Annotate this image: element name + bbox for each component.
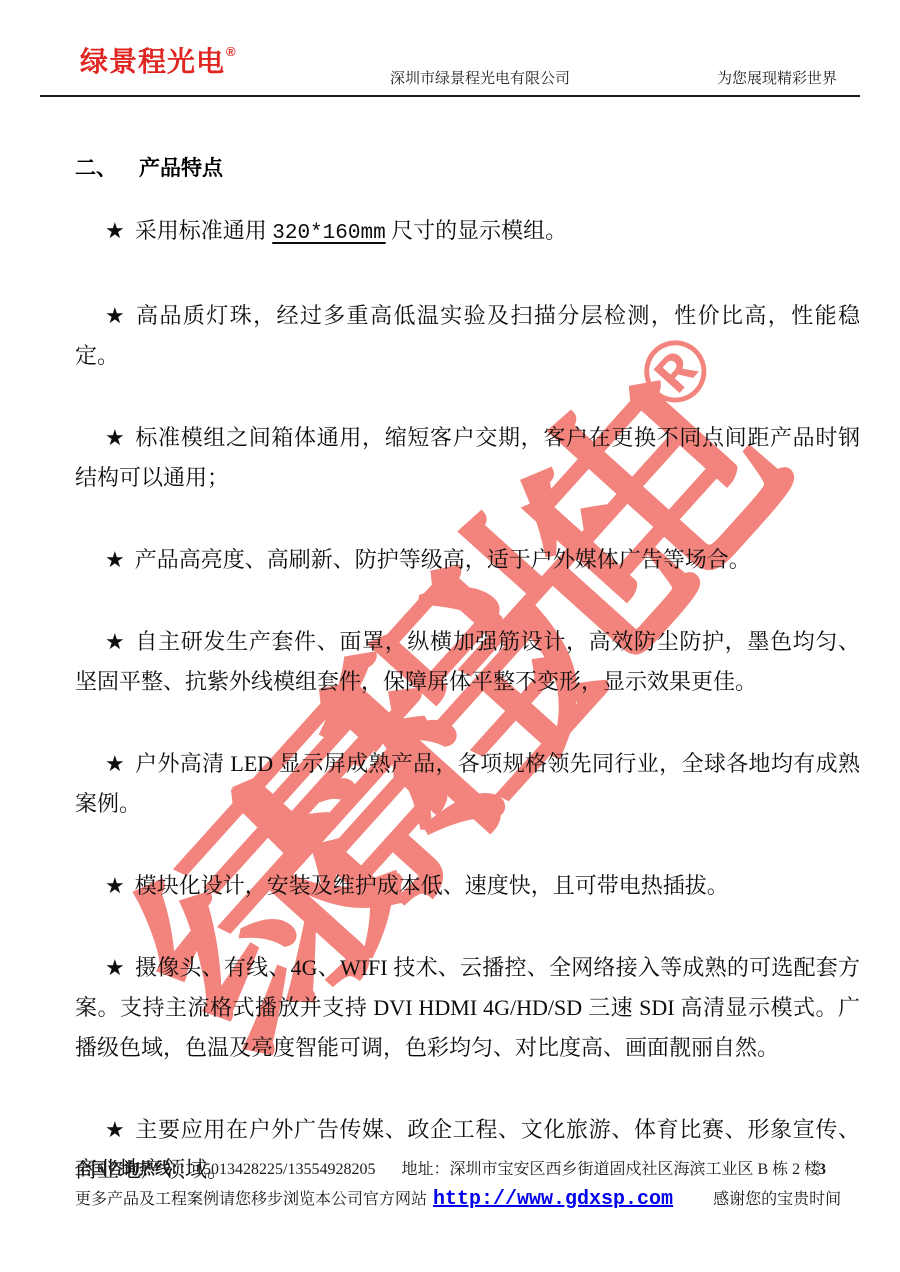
address-value: 深圳市宝安区西乡街道固戍社区海滨工业区 B 栋 2 楼 [449,1161,820,1178]
star-icon: ★ [105,873,125,898]
star-icon: ★ [105,425,125,450]
feature-text: 产品高亮度、高刷新、防护等级高，适于户外媒体广告等场合。 [135,547,751,572]
footer-line-website: 更多产品及工程案例请您移步浏览本公司官方网站http://www.gdxsp.c… [75,1185,860,1215]
section-number: 二、 [75,156,117,180]
feature-text: 摄像头、有线、4G、WIFI 技术、云播控、全网络接入等成熟的可选配套方案。支持… [75,955,860,1060]
feature-item-mature-product: ★户外高清 LED 显示屏成熟产品，各项规格领先同行业，全球各地均有成熟案例。 [75,744,860,824]
hotline-numbers: ：15013428225/13554928205 [179,1161,375,1178]
feature-text: 户外高清 LED 显示屏成熟产品，各项规格领先同行业，全球各地均有成熟案例。 [75,751,860,816]
thanks-text: 感谢您的宝贵时间 [713,1191,841,1208]
footer-line-contact: 全国咨询热线：：15013428225/13554928205地址：深圳市宝安区… [75,1156,860,1184]
content-area: 二、产品特点 ★采用标准通用 320*160mm 尺寸的显示模组。 ★高品质灯珠… [75,97,860,1190]
header-slogan: 为您展现精彩世界 [717,70,837,88]
star-icon: ★ [105,751,125,776]
feature-item-connectivity: ★摄像头、有线、4G、WIFI 技术、云播控、全网络接入等成熟的可选配套方案。支… [75,948,860,1068]
hotline-label: 全国咨询热线： [75,1161,179,1178]
feature-item-module-size: ★采用标准通用 320*160mm 尺寸的显示模组。 [75,211,860,254]
feature-item-self-developed-kit: ★自主研发生产套件、面罩，纵横加强筋设计，高效防尘防护，墨色均匀、坚固平整、抗紫… [75,622,860,702]
document-page: 绿景程光电® 绿景程光电® 深圳市绿景程光电有限公司 为您展现精彩世界 二、产品… [0,0,900,1272]
section-title-text: 产品特点 [139,156,223,180]
star-icon: ★ [105,1117,125,1142]
page-footer: 全国咨询热线：：15013428225/13554928205地址：深圳市宝安区… [75,1156,860,1215]
feature-text: 标准模组之间箱体通用，缩短客户交期，客户在更换不同点间距产品时钢结构可以通用； [75,425,860,490]
feature-text: 尺寸的显示模组。 [386,218,568,243]
feature-item-modular-design: ★模块化设计，安装及维护成本低、速度快，且可带电热插拔。 [75,866,860,906]
star-icon: ★ [105,218,125,243]
registered-trademark-icon: ® [226,44,236,59]
feature-item-brightness: ★产品高亮度、高刷新、防护等级高，适于户外媒体广告等场合。 [75,540,860,580]
feature-text: 高品质灯珠，经过多重高低温实验及扫描分层检测，性价比高，性能稳定。 [75,303,860,368]
star-icon: ★ [105,547,125,572]
module-size-value: 320*160mm [272,222,385,245]
star-icon: ★ [105,629,125,654]
feature-item-cabinet-compatibility: ★标准模组之间箱体通用，缩短客户交期，客户在更换不同点间距产品时钢结构可以通用； [75,418,860,498]
page-header: 绿景程光电® 深圳市绿景程光电有限公司 为您展现精彩世界 [40,0,860,97]
address-label: 地址： [401,1161,449,1178]
star-icon: ★ [105,303,126,328]
star-icon: ★ [105,955,125,980]
feature-text: 采用标准通用 [135,218,273,243]
section-title: 二、产品特点 [75,153,860,183]
website-prompt-text: 更多产品及工程案例请您移步浏览本公司官方网站 [75,1191,427,1208]
website-link[interactable]: http://www.gdxsp.com [433,1188,673,1211]
logo-text: 绿景程光电 [80,46,225,77]
feature-text: 模块化设计，安装及维护成本低、速度快，且可带电热插拔。 [135,873,729,898]
page-number: 3 [818,1156,826,1184]
company-logo: 绿景程光电® [80,36,236,78]
feature-text: 自主研发生产套件、面罩，纵横加强筋设计，高效防尘防护，墨色均匀、坚固平整、抗紫外… [75,629,860,694]
header-company-name: 深圳市绿景程光电有限公司 [390,70,570,88]
feature-item-lamp-quality: ★高品质灯珠，经过多重高低温实验及扫描分层检测，性价比高，性能稳定。 [75,296,860,376]
